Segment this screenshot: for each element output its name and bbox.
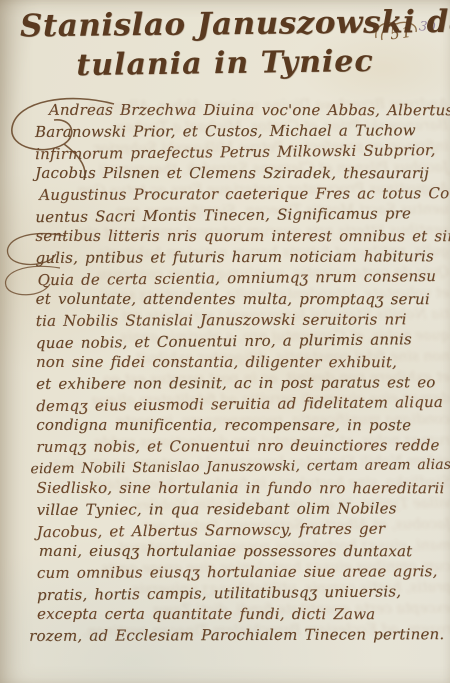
manuscript-page: Andreas Brzechwa Diuina voc'one Abbas, A… [0, 0, 450, 683]
manuscript-text-line: Jacobus Pilsnen et Clemens Sziradek, the… [35, 163, 447, 184]
manuscript-text-line: Quia de certa scientia, omniumqʒ nrum co… [37, 266, 447, 291]
manuscript-text-line: demqʒ eius eiusmodi seruitia ad fidelita… [36, 392, 448, 417]
manuscript-text-line: Jacobus, et Albertus Sarnowscy, fratres … [37, 518, 449, 543]
manuscript-text-line: condigna munificentia, recompensare, in … [36, 415, 448, 436]
manuscript-text-line: mani, eiusqʒ hortulaniae possessores dun… [39, 541, 449, 562]
manuscript-text-line: gulis, pntibus et futuris harum noticiam… [35, 246, 447, 269]
manuscript-title-line2: tulania in Tyniec [0, 43, 450, 84]
manuscript-text-line: villae Tyniec, in qua residebant olim No… [37, 498, 449, 521]
manuscript-text-line: uentus Sacri Montis Tinecen, Significamu… [35, 203, 447, 228]
manuscript-body: Andreas Brzechwa Diuina voc'one Abbas, A… [35, 99, 449, 647]
manuscript-text-line: Siedlisko, sine hortulania in fundo nro … [36, 478, 448, 499]
manuscript-text-line: tia Nobilis Stanislai Januszowski seruit… [36, 309, 448, 332]
manuscript-text-line: rozem, ad Ecclesiam Parochialem Tinecen … [29, 624, 449, 647]
manuscript-text-line: pratis, hortis campis, utilitatibusqʒ un… [37, 581, 449, 606]
manuscript-text-line: quae nobis, et Conuentui nro, a plurimis… [36, 329, 448, 354]
manuscript-text-line: cum omnibus eiusqʒ hortulaniae siue area… [37, 561, 449, 584]
manuscript-text-line: excepta certa quantitate fundi, dicti Za… [37, 604, 449, 625]
manuscript-text-line: non sine fidei constantia, diligenter ex… [36, 352, 448, 373]
manuscript-text-line: sentibus litteris nris quorum interest o… [35, 226, 447, 247]
manuscript-text-line: Augustinus Procurator caeterique Fres ac… [39, 183, 447, 206]
manuscript-text-line: eidem Nobili Stanislao Januszowski, cert… [30, 455, 448, 480]
manuscript-text-line: Baranowski Prior, et Custos, Michael a T… [35, 120, 447, 143]
manuscript-text-line: Andreas Brzechwa Diuina voc'one Abbas, A… [49, 100, 447, 121]
manuscript-text-line: et voluntate, attendentes multa, prompta… [36, 289, 448, 310]
manuscript-text-line: et exhibere non desinit, ac in post para… [36, 372, 448, 395]
manuscript-text-line: infirmorum praefectus Petrus Milkowski S… [35, 140, 447, 165]
manuscript-title-line1: Stanislao Januszowski data hor [20, 4, 450, 45]
